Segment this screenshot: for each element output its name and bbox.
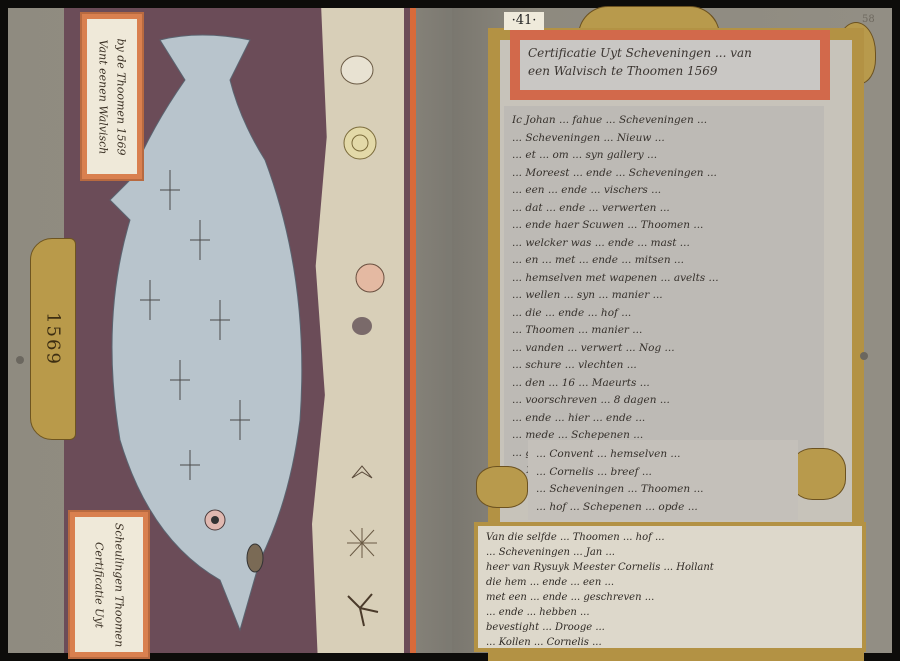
text-line: ... hemselven met wapenen ... avelts ... [512,270,816,288]
whale-caption-bottom: Certificatie Uyt Scheulingen Thoomen [70,512,148,657]
text-line: heer van Rysuyk Meester Cornelis ... Hol… [486,560,854,575]
whale-caption-top: Vant eenen Walvisch by de Thoomen 1569 [82,14,142,179]
text-line: ... die ... ende ... hof ... [512,305,816,323]
text-line: ... voorschreven ... 8 dagen ... [512,392,816,410]
text-line: ... schure ... vlechten ... [512,357,816,375]
text-line: ... den ... 16 ... Maeurts ... [512,375,816,393]
page-number: ·41· [504,12,544,30]
folio-number: 58 [862,14,875,25]
binding-hole [860,352,868,360]
text-line: die hem ... ende ... een ... [486,575,854,590]
text-line: ... Scheveningen ... Jan ... [486,545,854,560]
text-line: ... hof ... Schepenen ... opde ... [536,499,790,517]
title-line: een Walvisch te Thoomen 1569 [528,62,812,80]
caption-line-1: Certificatie Uyt [93,541,106,627]
text-line: ... Convent ... hemselven ... [536,446,790,464]
main-text-block: Ic Johan ... fahue ... Scheveningen ... … [504,106,824,496]
text-line: ... ende ... hier ... ende ... [512,410,816,428]
text-line: met een ... ende ... geschreven ... [486,590,854,605]
year-banner: 1569 [30,238,76,440]
text-line: ... vanden ... verwert ... Nog ... [512,340,816,358]
text-line: ... Scheveningen ... Nieuw ... [512,130,816,148]
text-line: ... ende ... hebben ... [486,605,854,620]
text-line: ... een ... ende ... vischers ... [512,182,816,200]
text-line: ... ende haer Scuwen ... Thoomen ... [512,217,816,235]
text-line: ... dat ... ende ... verwerten ... [512,200,816,218]
year-text: 1569 [43,312,64,366]
text-line: ... wellen ... syn ... manier ... [512,287,816,305]
title-cartouche: Certificatie Uyt Scheveningen ... van ee… [510,30,830,100]
caption-line-2: Scheulingen Thoomen [113,522,126,646]
text-line: ... Kollen ... Cornelis ... [486,635,854,650]
text-line: ... Moreest ... ende ... Scheveningen ..… [512,165,816,183]
lower-main-text-block: ... Convent ... hemselven ... ... Cornel… [528,440,798,520]
text-line: ... Thoomen ... manier ... [512,322,816,340]
text-line: Van die selfde ... Thoomen ... hof ... [486,530,854,545]
attestation-text-block: Van die selfde ... Thoomen ... hof ... .… [474,522,866,652]
text-line: Ic Johan ... fahue ... Scheveningen ... [512,112,816,130]
text-line: ... en ... met ... ende ... mitsen ... [512,252,816,270]
binding-hole [16,356,24,364]
title-line: Certificatie Uyt Scheveningen ... van [528,44,812,62]
text-line: bevestight ... Drooge ... [486,620,854,635]
text-line: ... et ... om ... syn gallery ... [512,147,816,165]
caption-line-1: Vant eenen Walvisch [97,39,110,154]
text-line: ... Scheveningen ... Thoomen ... [536,481,790,499]
text-line: ... Cornelis ... breef ... [536,464,790,482]
text-line: Geschreven Anno 1578 den 22 februari [486,650,854,652]
caption-line-2: by de Thoomen 1569 [115,38,128,155]
title-text: Certificatie Uyt Scheveningen ... van ee… [520,40,820,90]
text-line: ... welcker was ... ende ... mast ... [512,235,816,253]
fleur-ornament-left [476,466,528,508]
fleur-ornament-right [790,448,846,500]
